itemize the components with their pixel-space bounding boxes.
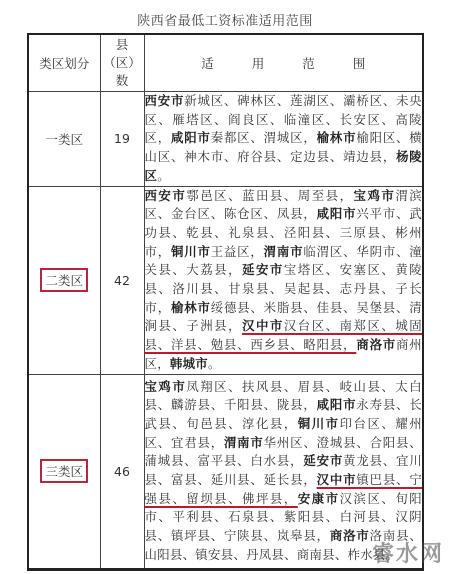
city-name: 西安市 [145, 188, 187, 203]
watermark-text: 睿水网 [372, 542, 444, 567]
category-cell: 三类区 [28, 374, 100, 569]
document-title: 陕西省最低工资标准适用范围 [0, 10, 450, 29]
city-name: 榆林市 [171, 300, 211, 315]
header-count-line: （区） [101, 54, 144, 72]
category-label: 二类区 [40, 268, 88, 292]
county-count-cell: 46 [100, 374, 144, 569]
city-name: 咸阳市 [171, 130, 211, 145]
table-header-row: 类区划分 县 （区） 数 适 用 范 围 [28, 34, 423, 92]
watermark: 睿水网 [372, 537, 444, 568]
header-scope-char: 适 [201, 54, 214, 72]
district-list: 王益区， [211, 244, 264, 259]
city-name: 宝鸡市 [145, 379, 187, 394]
city-name: 商洛市 [330, 528, 370, 543]
table-row: 一类区19西安市新城区、碑林区、莲湖区、灞桥区、未央区、雁塔区、阎良区、临潼区、… [28, 92, 423, 187]
city-name: 西安市 [145, 93, 185, 108]
city-name: 汉中市 [317, 472, 357, 487]
district-list: 秦都区、渭城区， [211, 130, 317, 145]
city-name: 延安市 [242, 262, 284, 277]
category-label: 三类区 [40, 459, 88, 483]
county-count-cell: 19 [100, 92, 144, 187]
wage-scope-table: 类区划分 县 （区） 数 适 用 范 围 一类区19西安市新城区、碑林区、莲湖区… [27, 33, 424, 571]
city-name: 韩城市 [170, 356, 208, 371]
table-row: 二类区42西安市鄠邑区、蓝田县、周至县，宝鸡市渭滨区、金台区、陈仓区、凤县，咸阳… [28, 186, 423, 374]
city-name: 延安市 [303, 453, 343, 468]
category-label: 一类区 [45, 132, 83, 147]
category-cell: 一类区 [28, 92, 100, 187]
city-name: 咸阳市 [317, 206, 357, 221]
table-row: 三类区46宝鸡市凤翔区、扶风县、眉县、岐山县、太白县、麟游县、千阳县、陇县，咸阳… [28, 374, 423, 569]
city-name: 铜川市 [171, 244, 211, 259]
city-name: 咸阳市 [317, 397, 357, 412]
header-county-count: 县 （区） 数 [100, 34, 144, 92]
header-scope-char: 范 [302, 54, 315, 72]
city-name: 汉中市 [242, 318, 284, 333]
county-count-cell: 42 [100, 186, 144, 374]
header-scope-char: 用 [252, 54, 265, 72]
city-name: 榆林市 [317, 130, 357, 145]
header-scope: 适 用 范 围 [144, 34, 423, 92]
district-list: 。 [157, 168, 170, 183]
city-name: 商洛市 [356, 337, 396, 352]
district-list: 鄠邑区、蓝田县、周至县， [186, 188, 353, 203]
header-category: 类区划分 [28, 34, 100, 92]
district-list: 。 [208, 356, 221, 371]
scope-cell: 西安市新城区、碑林区、莲湖区、灞桥区、未央区、雁塔区、阎良区、临潼区、长安区、高… [144, 92, 423, 187]
header-scope-char: 围 [353, 54, 366, 72]
scope-cell: 西安市鄠邑区、蓝田县、周至县，宝鸡市渭滨区、金台区、陈仓区、凤县，咸阳市兴平市、… [144, 186, 423, 374]
header-count-line: 县 [101, 36, 144, 54]
city-name: 渭南市 [264, 244, 304, 259]
city-name: 铜川市 [298, 416, 340, 431]
city-name: 安康市 [298, 491, 340, 506]
header-count-line: 数 [101, 72, 144, 90]
city-name: 渭南市 [224, 435, 264, 450]
category-cell: 二类区 [28, 186, 100, 374]
city-name: 宝鸡市 [354, 188, 396, 203]
